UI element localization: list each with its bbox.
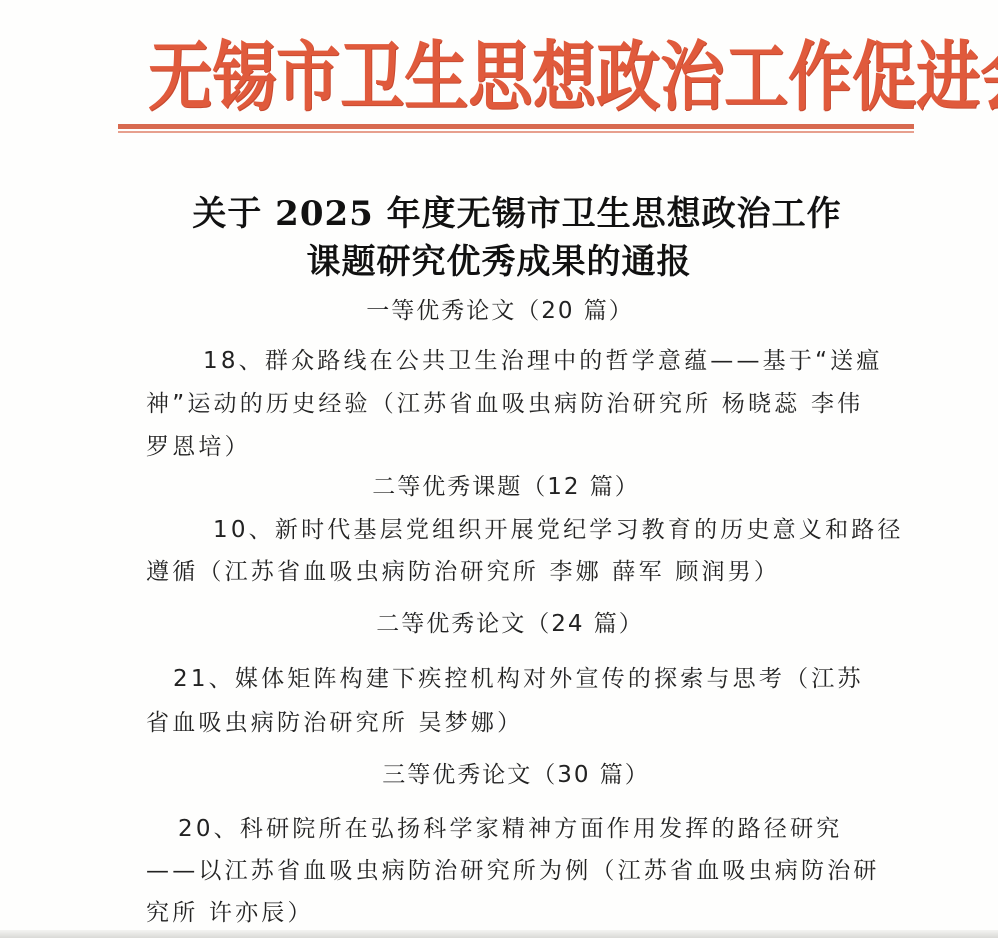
entry-line: 10、新时代基层党组织开展党纪学习教育的历史意义和路径 — [213, 511, 904, 544]
letterhead-char: 生 — [404, 17, 468, 126]
entry-line: 究所 许亦辰） — [146, 894, 314, 927]
section-heading-third-prize-papers: 三等优秀论文（30 篇） — [16, 756, 998, 789]
letterhead-char: 作 — [788, 17, 852, 126]
entry-line: 20、科研院所在弘扬科学家精神方面作用发挥的路径研究 — [178, 810, 842, 843]
entry-line: 罗恩培） — [146, 428, 251, 461]
letterhead-divider — [118, 124, 914, 129]
letterhead-char: 思 — [468, 17, 532, 126]
letterhead-char: 治 — [660, 17, 724, 126]
entry-line: 省血吸虫病防治研究所 吴梦娜） — [146, 704, 523, 737]
section-heading-second-prize-papers: 二等优秀论文（24 篇） — [10, 605, 998, 638]
section-heading-first-prize-papers: 一等优秀论文（20 篇） — [0, 292, 998, 325]
entry-line: 神”运动的历史经验（江苏省血吸虫病防治研究所 杨晓蕊 李伟 — [146, 385, 863, 418]
entry-line: 18、群众路线在公共卫生治理中的哲学意蕴——基于“送瘟 — [203, 342, 883, 375]
letterhead-char: 促 — [852, 17, 916, 126]
entry-line: 遵循（江苏省血吸虫病防治研究所 李娜 薛军 顾润男） — [146, 553, 780, 586]
letterhead-char: 无 — [148, 17, 212, 126]
page-bottom-edge — [0, 930, 998, 938]
letterhead-char: 政 — [596, 17, 660, 126]
entry-line: ——以江苏省血吸虫病防治研究所为例（江苏省血吸虫病防治研 — [146, 852, 880, 885]
letterhead: 无 锡 市 卫 生 思 想 政 治 工 作 促 进 会 — [148, 18, 878, 124]
entry-line: 21、媒体矩阵构建下疾控机构对外宣传的探索与思考（江苏 — [173, 660, 864, 693]
letterhead-divider-thin — [118, 131, 914, 133]
document-title-line-1: 关于 2025 年度无锡市卫生思想政治工作 — [18, 186, 998, 235]
letterhead-char: 进 — [916, 17, 980, 126]
section-heading-second-prize-projects: 二等优秀课题（12 篇） — [6, 468, 998, 501]
letterhead-char: 想 — [532, 17, 596, 126]
letterhead-char: 工 — [724, 17, 788, 126]
document-title-line-2: 课题研究优秀成果的通报 — [0, 234, 998, 283]
letterhead-char: 会 — [980, 17, 998, 126]
letterhead-char: 卫 — [340, 17, 404, 126]
letterhead-char: 锡 — [212, 17, 276, 126]
letterhead-char: 市 — [276, 17, 340, 126]
